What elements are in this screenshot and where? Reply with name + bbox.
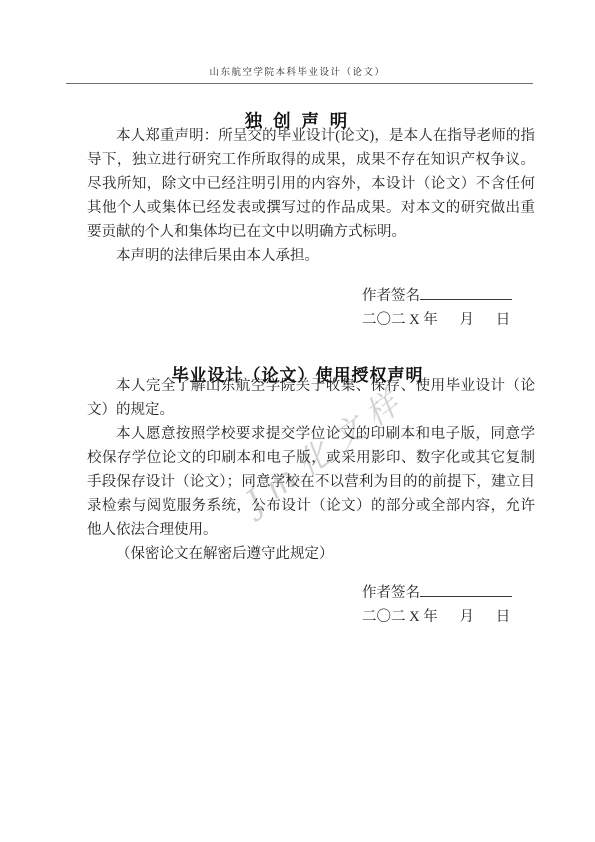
page: 山东航空学院本科毕业设计（论文） Jm化文样 独 创 声 明 本人郑重声明：所呈…: [0, 0, 595, 842]
section1-paragraph-2: 本声明的法律后果由本人承担。: [87, 244, 535, 268]
section1-signature-block: 作者签名 二〇二 X 年 月 日: [362, 284, 512, 332]
header-title: 山东航空学院本科毕业设计（论文）: [0, 64, 595, 78]
section1-paragraph-1: 本人郑重声明：所呈交的毕业设计(论文)，是本人在指导老师的指导下，独立进行研究工…: [87, 124, 535, 244]
section2-signature-block: 作者签名 二〇二 X 年 月 日: [362, 581, 512, 629]
signature-date-line: 二〇二 X 年 月 日: [362, 605, 512, 629]
signature-name-line: 作者签名: [362, 284, 512, 308]
section2-paragraph-1: 本人完全了解山东航空学院关于收集、保存、使用毕业设计（论文）的规定。: [87, 374, 535, 422]
section2-paragraph-3: （保密论文在解密后遵守此规定）: [87, 542, 535, 566]
section2-body: 本人完全了解山东航空学院关于收集、保存、使用毕业设计（论文）的规定。 本人愿意按…: [87, 374, 535, 566]
header-rule: [66, 83, 533, 84]
section1-body: 本人郑重声明：所呈交的毕业设计(论文)，是本人在指导老师的指导下，独立进行研究工…: [87, 124, 535, 268]
signature-date-line: 二〇二 X 年 月 日: [362, 308, 512, 332]
signature-underline: [420, 284, 512, 300]
signature-name-label: 作者签名: [362, 585, 420, 601]
signature-underline: [420, 581, 512, 597]
section2-paragraph-2: 本人愿意按照学校要求提交学位论文的印刷本和电子版，同意学校保存学位论文的印刷本和…: [87, 422, 535, 542]
signature-name-line: 作者签名: [362, 581, 512, 605]
signature-name-label: 作者签名: [362, 288, 420, 304]
